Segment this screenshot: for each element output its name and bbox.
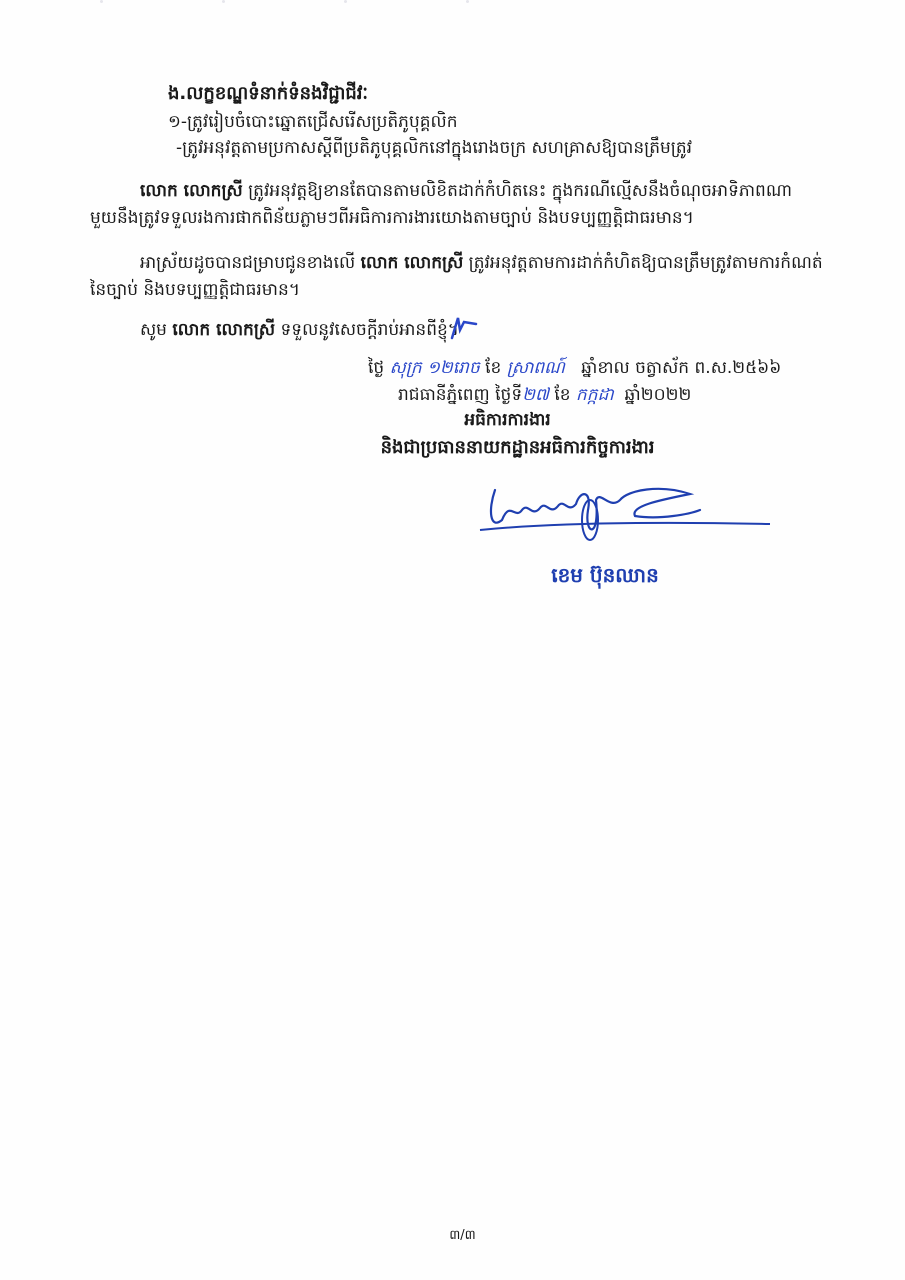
list-item-1-sub: -ត្រូវអនុវត្តតាមប្រកាសស្តីពីប្រតិភូបុគ្គ… — [176, 136, 692, 160]
scan-artifact — [222, 0, 225, 3]
paragraph-1-line-1: លោក លោកស្រី ត្រូវអនុវត្តឱ្យខានតែបានតាមលិ… — [140, 179, 792, 203]
paragraph-2-line-1: អាស្រ័យដូចបានជម្រាបជូនខាងលើ លោក លោកស្រី … — [140, 251, 823, 275]
addressee-bold: លោក លោកស្រី — [361, 253, 464, 273]
scan-artifact — [344, 0, 347, 3]
paragraph-1-text: ត្រូវអនុវត្តឱ្យខានតែបានតាមលិខិតដាក់កំហិត… — [243, 181, 792, 201]
signer-title-1: អធិការការងារ — [0, 408, 905, 432]
paragraph-2-line-2: នៃច្បាប់ និងបទប្បញ្ញត្តិជាធរមាន។ — [90, 278, 300, 302]
page-number: ៣/៣ — [0, 1224, 905, 1248]
handwritten-lunar-day: សុក្រ ១២រោច — [390, 358, 480, 378]
paragraph-2-rest: ត្រូវអនុវត្តតាមការដាក់កំហិតឱ្យបានត្រឹមត្… — [463, 253, 822, 273]
scan-artifact — [100, 0, 103, 3]
paragraph-1-line-2: មួយនឹងត្រូវទទួលរងការផាកពិន័យភ្លាមៗពីអធិក… — [90, 206, 694, 230]
paragraph-2-start: អាស្រ័យដូចបានជម្រាបជូនខាងលើ — [140, 253, 361, 273]
day-label: ថ្ងៃ — [368, 358, 384, 378]
document-page: ង.លក្ខខណ្ឌទំនាក់ទំនងវិជ្ជាជីវៈ ១-ត្រូវរៀ… — [0, 0, 905, 1280]
month-label: ខែ — [485, 358, 501, 378]
month-label: ខែ — [554, 385, 570, 405]
lunar-year: ឆ្នាំខាល ចត្វាស័ក ព.ស.២៥៦៦ — [581, 358, 781, 378]
closing-start: សូម — [140, 320, 172, 340]
signer-name: ខេម ប៊ុនឈាន — [0, 563, 905, 587]
signer-title-2: និងជាប្រធាននាយកដ្ឋានអធិការកិច្ចការងារ — [0, 436, 905, 460]
closing-line: សូម លោក លោកស្រី ទទួលនូវសេចក្តីរាប់អានពីខ… — [140, 318, 459, 342]
lunar-date-line: ថ្ងៃ សុក្រ ១២រោច ខែ ស្រាពណ៍ ឆ្នាំខាល ចត្… — [368, 356, 781, 380]
signature-icon — [460, 480, 780, 550]
list-item-1: ១-ត្រូវរៀបចំបោះឆ្នោតជ្រើសរើសប្រតិភូបុគ្គ… — [168, 110, 458, 134]
handwritten-solar-day: ២៧ — [522, 385, 549, 405]
addressee-bold: លោក លោកស្រី — [140, 181, 243, 201]
solar-date-line: រាជធានីភ្នំពេញ ថ្ងៃទី២៧ ខែ កក្កដា ឆ្នាំ២… — [398, 383, 691, 407]
addressee-bold: លោក លោកស្រី — [172, 320, 275, 340]
solar-year: ឆ្នាំ២០២២ — [625, 385, 692, 405]
place-day-label: រាជធានីភ្នំពេញ ថ្ងៃទី — [398, 385, 522, 405]
handwritten-solar-month: កក្កដា — [576, 385, 614, 405]
closing-rest: ទទួលនូវសេចក្តីរាប់អានពីខ្ញុំ។ — [275, 320, 459, 340]
scan-artifact — [466, 0, 469, 3]
section-heading: ង.លក្ខខណ្ឌទំនាក់ទំនងវិជ្ជាជីវៈ — [168, 82, 368, 106]
initial-mark-icon — [448, 316, 478, 340]
handwritten-lunar-month: ស្រាពណ៍ — [507, 358, 565, 378]
